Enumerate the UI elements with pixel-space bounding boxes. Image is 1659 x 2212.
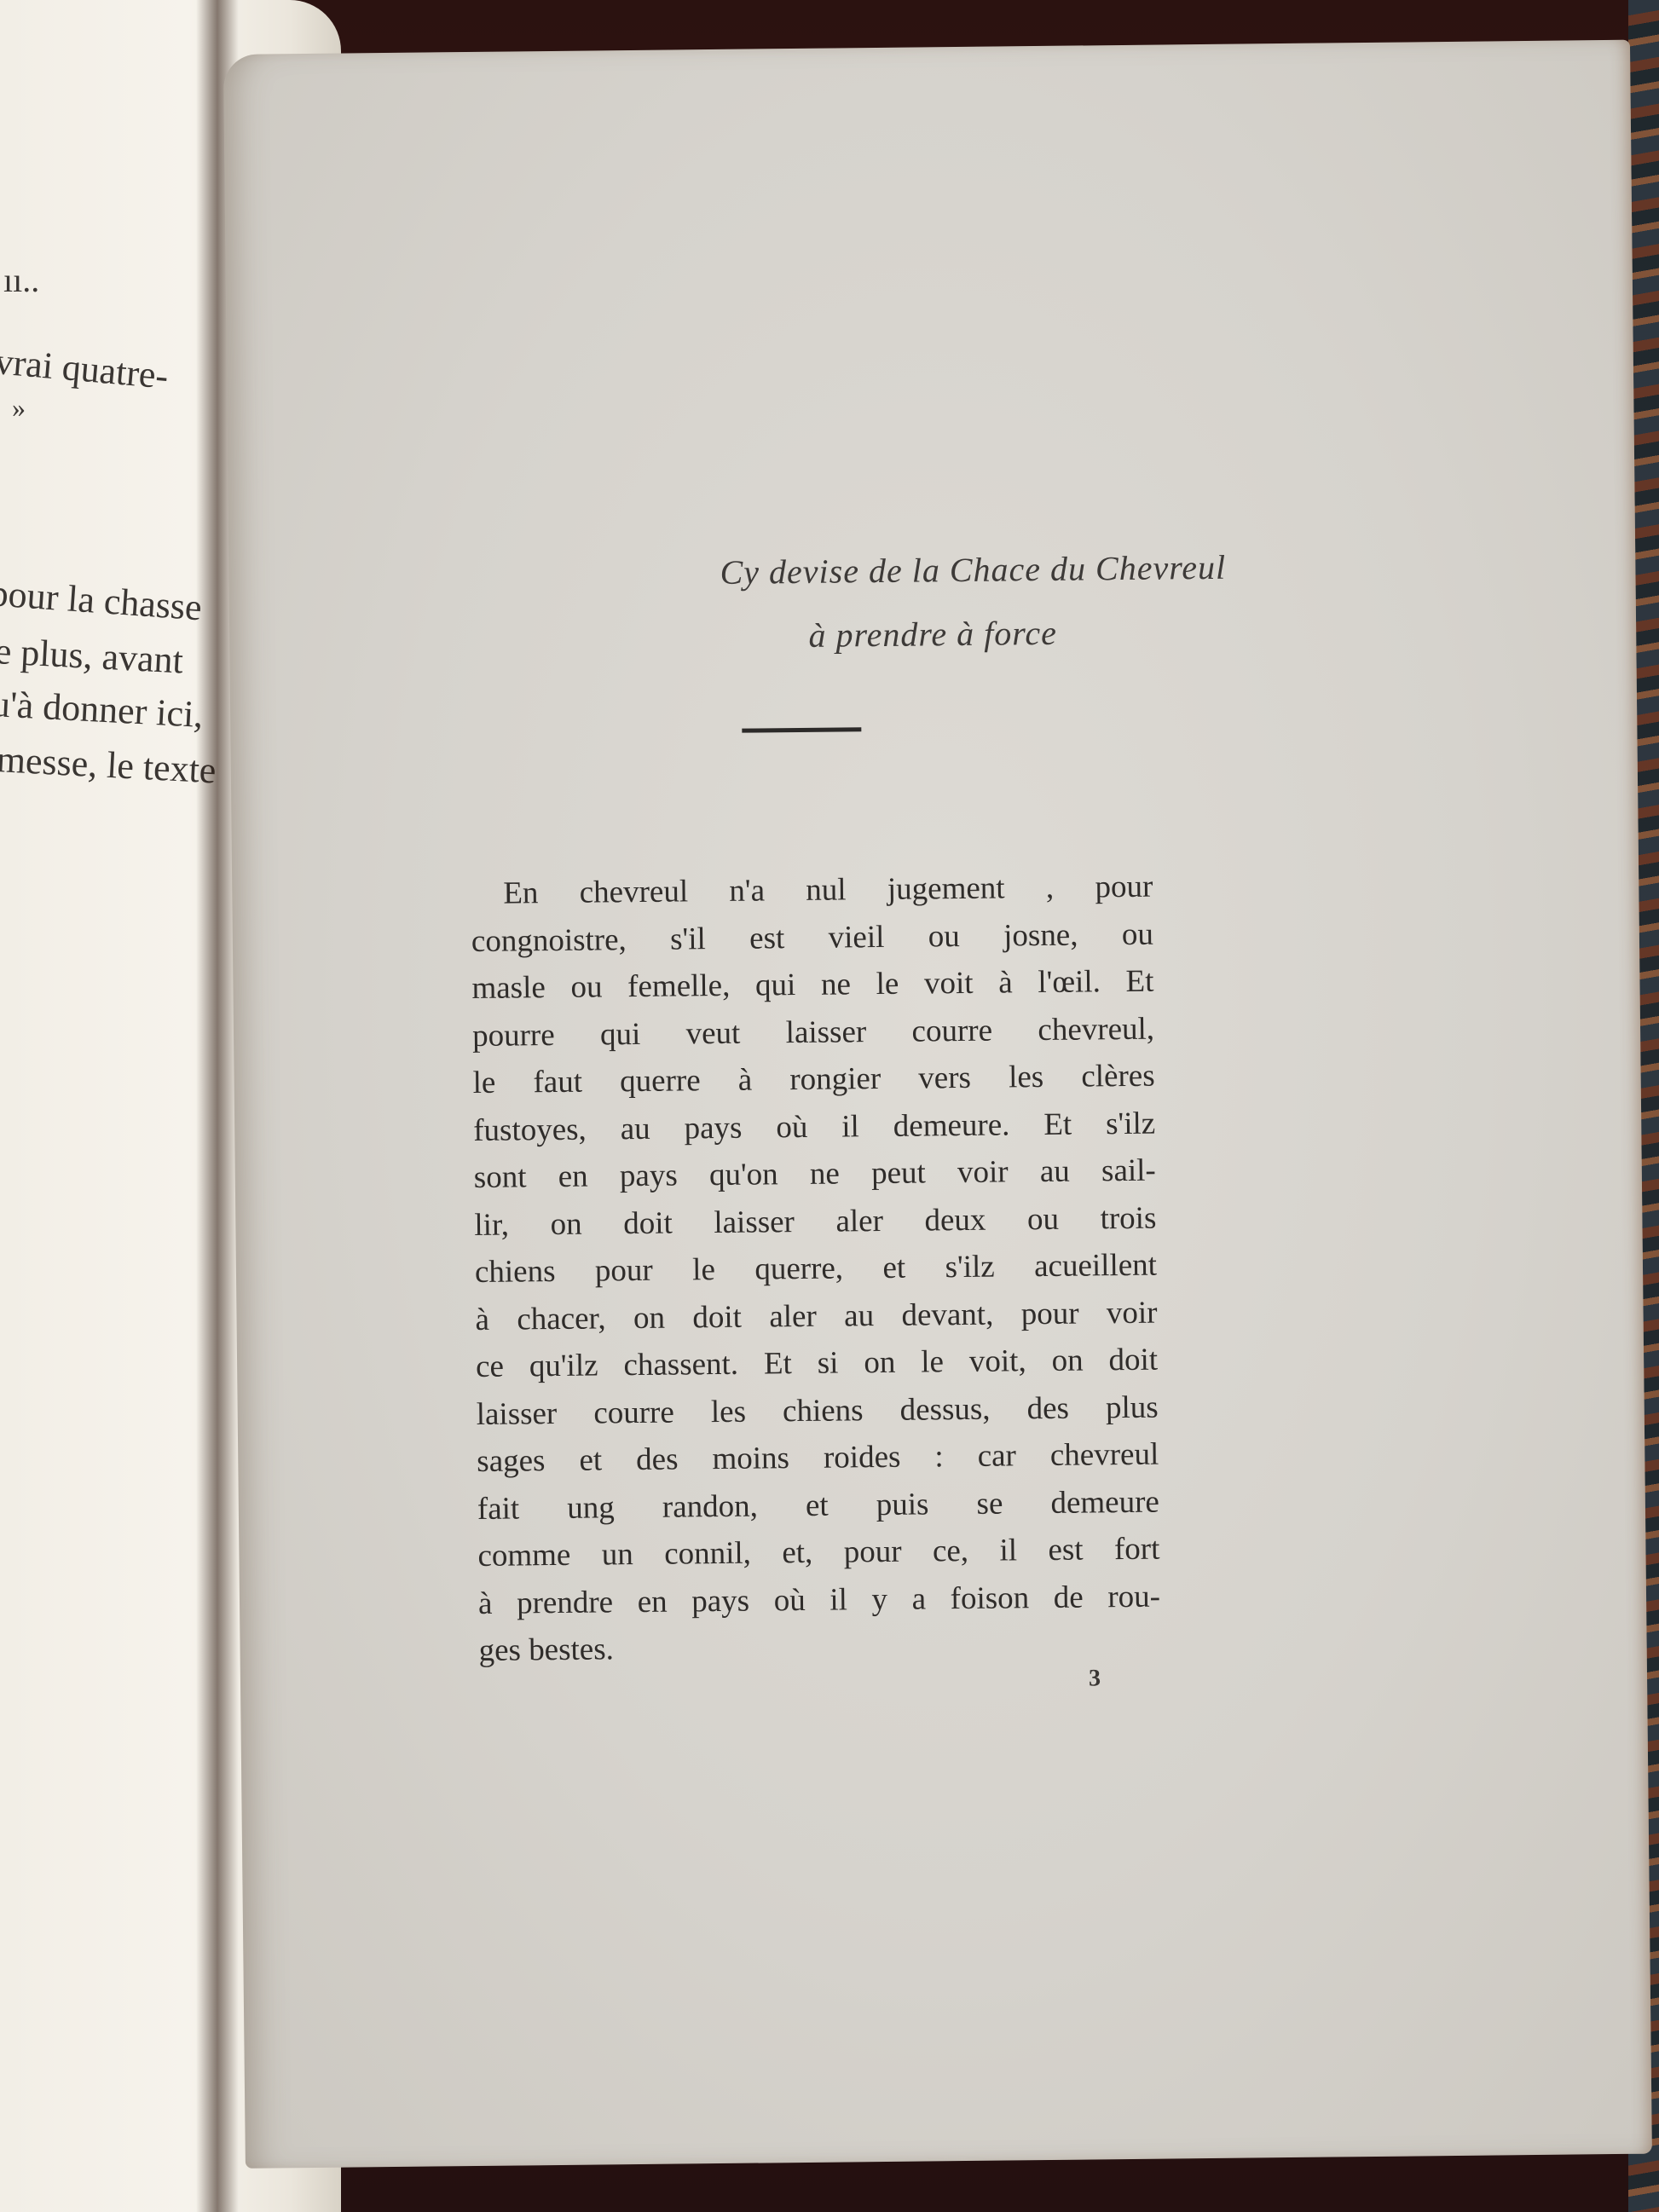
left-page-line: e plus, avant (0, 629, 184, 683)
text-line: sont en pays qu'on ne peut voir au sail- (474, 1147, 1157, 1202)
text-line: à prendre en pays où il y a foison de ro… (478, 1573, 1161, 1627)
text-line: ce qu'ilz chassent. Et si on le voit, on… (476, 1337, 1159, 1391)
text-line: congnoistre, s'il est vieil ou josne, ou (471, 910, 1154, 965)
chapter-heading-line-1: Cy devise de la Chace du Chevreul (269, 542, 1659, 597)
text-line: En chevreul n'a nul jugement , pour (471, 863, 1153, 918)
text-line: pourre qui veut laisser courre chevreul, (472, 1005, 1155, 1060)
chapter-heading-line-2: à prendre à force (229, 607, 1636, 661)
text-line: laisser courre les chiens dessus, des pl… (476, 1383, 1159, 1438)
text-line: comme un connil, et, pour ce, il est for… (477, 1526, 1160, 1580)
text-line: à chacer, on doit aler au devant, pour v… (475, 1289, 1158, 1343)
left-page-line: » (12, 392, 26, 424)
text-line: le faut querre à rongier vers les clères (472, 1053, 1155, 1107)
left-page-line: pour la chasse (0, 571, 203, 629)
left-page-line: messe, le texte (0, 737, 217, 792)
heading-rule-divider (742, 727, 861, 732)
text-line: masle ou femelle, qui ne le voit à l'œil… (471, 958, 1154, 1013)
text-line: ges bestes. (478, 1620, 1161, 1675)
body-paragraph: En chevreul n'a nul jugement , pour cong… (471, 863, 1161, 1675)
text-line: lir, on doit laisser aler deux ou trois (474, 1194, 1157, 1249)
text-line: chiens pour le querre, et s'ilz acueille… (475, 1242, 1158, 1297)
text-line: sages et des moins roides : car chevreul (477, 1431, 1159, 1486)
right-page: Cy devise de la Chace du Chevreul à pren… (223, 40, 1652, 2169)
text-line: fait ung randon, et puis se demeure (477, 1478, 1160, 1533)
text-line: fustoyes, au pays où il demeure. Et s'il… (473, 1100, 1156, 1154)
left-page-line: u'à donner ici, (0, 682, 205, 736)
left-page-line: vrai quatre- (0, 339, 170, 398)
page-number: 3 (1089, 1665, 1101, 1692)
left-page-line: ıı.. (3, 260, 39, 300)
